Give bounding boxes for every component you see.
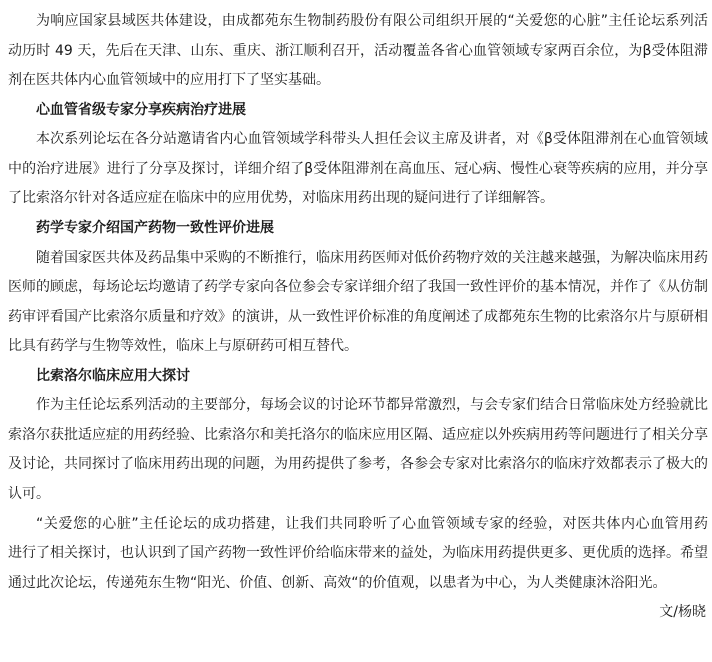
paragraph-conclusion-line: “关爱您的心脏”主任论坛的成功搭建，让我们共同聆听了心血管领域专家的经验，对医共… (8, 510, 708, 540)
section-heading-bisoprolol-discussion: 比索洛尔临床应用大探讨 (8, 362, 708, 392)
paragraph-intro-line: 动历时 49 天，先后在天津、山东、重庆、浙江顺利召开，活动覆盖各省心血管领域专… (8, 37, 708, 67)
paragraph-cardio-line: 本次系列论坛在各分站邀请省内心血管领域学科带头人担任会议主席及讲者，对《β受体阻… (8, 125, 708, 155)
paragraph-discussion-line: 作为主任论坛系列活动的主要部分，每场会议的讨论环节都异常激烈，与会专家们结合日常… (8, 391, 708, 421)
section-heading-cardio-experts: 心血管省级专家分享疾病治疗进展 (8, 96, 708, 126)
paragraph-discussion-line: 索洛尔获批适应症的用药经验、比索洛尔和美托洛尔的临床应用区隔、适应症以外疾病用药… (8, 421, 708, 451)
paragraph-intro-line: 为响应国家县域医共体建设，由成都苑东生物制药股份有限公司组织开展的“关爱您的心脏… (8, 7, 708, 37)
paragraph-discussion-line: 认可。 (8, 480, 708, 510)
paragraph-pharmacy-line: 药审评看国产比索洛尔质量和疗效》的演讲，从一致性评价标准的角度阐述了成都苑东生物… (8, 303, 708, 333)
paragraph-conclusion-line: 通过此次论坛，传递苑东生物“阳光、价值、创新、高效“的价值观，以患者为中心，为人… (8, 569, 708, 599)
paragraph-discussion-line: 及讨论，共同探讨了临床用药出现的问题，为用药提供了参考，各参会专家对比索洛尔的临… (8, 450, 708, 480)
article-body: 为响应国家县域医共体建设，由成都苑东生物制药股份有限公司组织开展的“关爱您的心脏… (8, 7, 708, 628)
paragraph-intro-line: 剂在医共体内心血管领域中的应用打下了坚实基础。 (8, 66, 708, 96)
paragraph-pharmacy-line: 比具有药学与生物等效性，临床上与原研药可相互替代。 (8, 332, 708, 362)
section-heading-pharmacy-experts: 药学专家介绍国产药物一致性评价进展 (8, 214, 708, 244)
paragraph-cardio-line: 了比索洛尔针对各适应症在临床中的应用优势，对临床用药出现的疑问进行了详细解答。 (8, 184, 708, 214)
paragraph-conclusion-line: 进行了相关探讨，也认识到了国产药物一致性评价给临床带来的益处，为临床用药提供更多… (8, 539, 708, 569)
paragraph-pharmacy-line: 随着国家医共体及药品集中采购的不断推行，临床用药医师对低价药物疗效的关注越来越强… (8, 244, 708, 274)
paragraph-cardio-line: 中的治疗进展》进行了分享及探讨，详细介绍了β受体阻滞剂在高血压、冠心病、慢性心衰… (8, 155, 708, 185)
paragraph-pharmacy-line: 医师的顾虑，每场论坛均邀请了药学专家向各位参会专家详细介绍了我国一致性评价的基本… (8, 273, 708, 303)
author-signature: 文/杨晓 (8, 598, 708, 628)
